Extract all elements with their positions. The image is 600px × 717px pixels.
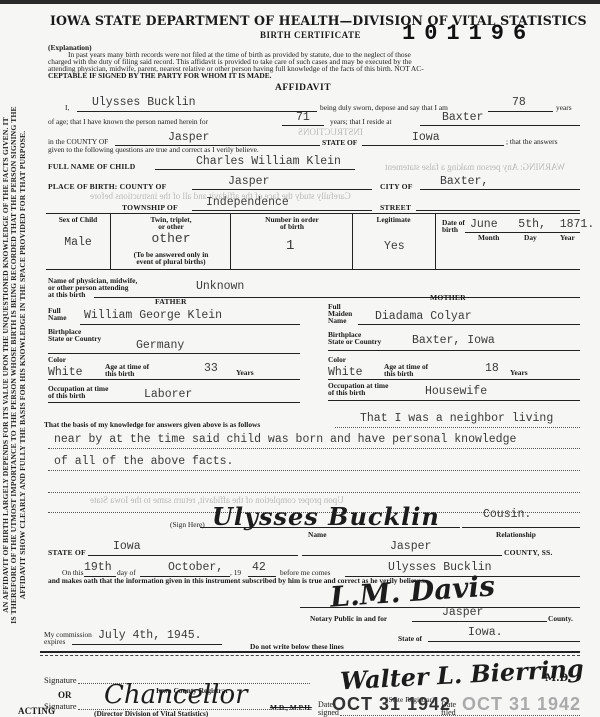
bleed-through-warning: WARNING: Any person making a false state… <box>385 162 565 172</box>
father-name-field[interactable]: William George Klein <box>84 309 222 322</box>
dob-label-2: birth <box>442 225 458 234</box>
answers-text: ; that the answers <box>506 138 558 146</box>
affiant-age-field[interactable]: 78 <box>512 96 526 109</box>
father-color-field[interactable]: White <box>48 366 83 379</box>
township-label: TOWNSHIP OF <box>122 203 178 212</box>
mother-age-label-2: this birth <box>384 369 413 378</box>
bleed-through-text: INSTRUCTIONS <box>298 127 363 137</box>
twin-header-2: or other <box>112 222 230 231</box>
mother-heading: MOTHER <box>430 293 466 302</box>
commission-expires-field[interactable]: July 4th, 1945. <box>98 629 202 642</box>
acting-label: ACTING <box>18 706 55 716</box>
commission-label-2: expires <box>44 637 65 646</box>
notary-county-field-2[interactable]: Jasper <box>442 606 483 619</box>
side-note-line-3: AFFIDAVIT SHOW CLEARLY AND FULLY THE BAS… <box>19 15 27 715</box>
affiant-signature[interactable]: Ulysses Bucklin <box>212 502 440 531</box>
father-birthplace-label-2: State or Country <box>48 334 101 343</box>
father-years-label: Years <box>236 368 254 377</box>
reside-text: years; that I reside at <box>330 118 392 126</box>
order-field[interactable]: 1 <box>286 238 294 254</box>
or-label: OR <box>58 690 72 700</box>
mother-years-label: Years <box>510 368 528 377</box>
director-md-label: M.D., M.P.H. <box>270 703 312 712</box>
street-label: STREET <box>380 203 411 212</box>
mother-occupation-label-2: of this birth <box>328 388 365 397</box>
date-filed-stamp: OCT 31 1942 <box>462 694 581 715</box>
twin-field[interactable]: other <box>112 231 230 246</box>
date-signed-stamp: OCT 31 1942 <box>332 694 451 715</box>
notary-county-word: County. <box>548 614 573 623</box>
notary-day-field[interactable]: 19th <box>84 561 112 574</box>
notary-state-label: STATE OF <box>48 548 86 557</box>
notary-month-field[interactable]: October, <box>168 561 223 574</box>
father-age-label-2: this birth <box>105 369 134 378</box>
child-name-label: FULL NAME OF CHILD <box>48 162 136 171</box>
years-label: years <box>556 104 572 112</box>
years-known-field[interactable]: 71 <box>296 111 310 124</box>
affiant-name-field[interactable]: Ulysses Bucklin <box>92 96 196 109</box>
notary-county-label: COUNTY, SS. <box>504 548 553 557</box>
legitimate-field[interactable]: Yes <box>384 240 405 253</box>
signature-name-label: Name <box>308 530 326 539</box>
affidavit-i-label: I, <box>65 103 69 112</box>
knowledge-line-3[interactable]: of all of the above facts. <box>54 455 233 468</box>
father-heading: FATHER <box>155 297 187 306</box>
dob-field[interactable]: June 5th, 1871. <box>470 218 594 231</box>
dob-day-label: Day <box>524 233 537 242</box>
knowledge-label: That the basis of my knowledge for answe… <box>44 420 260 429</box>
legit-header: Legitimate <box>352 215 435 224</box>
sworn-text: being duly sworn, depose and say that I … <box>320 104 448 112</box>
md-label: M.D. <box>545 673 571 684</box>
attendant-label-3: at this birth <box>48 290 85 299</box>
birth-county-field[interactable]: Jasper <box>228 175 269 188</box>
mother-name-label-3: Name <box>328 316 346 325</box>
state-label: STATE OF <box>322 138 357 147</box>
order-header-2: of birth <box>232 222 352 231</box>
document-subtitle: BIRTH CERTIFICATE <box>260 30 361 40</box>
birth-certificate-document: AN AFFIDAVIT OF BIRTH LARGELY DEPENDS FO… <box>0 0 600 717</box>
mother-age-field[interactable]: 18 <box>485 362 499 375</box>
father-age-field[interactable]: 33 <box>204 362 218 375</box>
notary-year-field[interactable]: 42 <box>252 561 266 574</box>
knowledge-line-2[interactable]: near by at the time said child was born … <box>54 433 516 446</box>
birth-city-label: CITY OF <box>380 182 413 191</box>
birth-city-field[interactable]: Baxter, <box>440 175 488 188</box>
father-occupation-field[interactable]: Laborer <box>144 388 192 401</box>
knowledge-line-1[interactable]: That I was a neighbor living <box>360 412 553 425</box>
township-field[interactable]: Independence <box>206 196 289 209</box>
side-note: AN AFFIDAVIT OF BIRTH LARGELY DEPENDS FO… <box>2 15 27 715</box>
state-of-label: State of <box>398 634 422 643</box>
twin-note-2: event of plural births) <box>112 257 230 266</box>
notary-public-label: Notary Public in and for <box>310 614 387 623</box>
dob-year-label: Year <box>560 233 575 242</box>
signature-label: Signature <box>44 676 77 684</box>
mother-birthplace-field[interactable]: Baxter, Iowa <box>412 334 495 347</box>
residence-field[interactable]: Baxter <box>442 111 483 124</box>
father-name-label-2: Name <box>48 313 66 322</box>
affidavit-heading: AFFIDAVIT <box>275 83 331 93</box>
state-field[interactable]: Iowa <box>412 131 440 144</box>
sex-field[interactable]: Male <box>48 236 108 249</box>
father-occupation-label-2: of this birth <box>48 391 85 400</box>
known-text: of age; that I have known the person nam… <box>48 118 208 126</box>
relationship-field[interactable]: Cousin. <box>483 508 531 521</box>
mother-color-field[interactable]: White <box>328 366 363 379</box>
father-color-label: Color <box>48 355 66 364</box>
director-signature[interactable]: Chancellor <box>104 680 248 710</box>
dob-month-label: Month <box>478 233 499 242</box>
explanation-line-4: CEPTABLE IF SIGNED BY THE PARTY FOR WHOM… <box>48 72 271 80</box>
mother-name-field[interactable]: Diadama Colyar <box>375 310 472 323</box>
do-not-write-label: Do not write below these lines <box>250 642 344 651</box>
certificate-number: 101196 <box>402 21 535 46</box>
birth-county-label: PLACE OF BIRTH: COUNTY OF <box>48 182 167 191</box>
notary-state-field[interactable]: Iowa <box>113 540 141 553</box>
given-text: given to the following questions are tru… <box>48 146 259 154</box>
mother-occupation-field[interactable]: Housewife <box>425 385 487 398</box>
child-name-field[interactable]: Charles William Klein <box>196 155 341 168</box>
relationship-label: Relationship <box>496 530 536 539</box>
state-of-field[interactable]: Iowa. <box>468 626 503 639</box>
director-label: (Director Division of Vital Statistics) <box>94 709 208 717</box>
scan-edge <box>0 0 600 4</box>
attendant-field[interactable]: Unknown <box>196 280 244 293</box>
mother-birthplace-label-2: State or Country <box>328 337 381 346</box>
mother-color-label: Color <box>328 355 346 364</box>
father-birthplace-field[interactable]: Germany <box>136 339 184 352</box>
county-field[interactable]: Jasper <box>168 131 209 144</box>
sex-header: Sex of Child <box>48 215 108 224</box>
notary-county-field[interactable]: Jasper <box>390 540 431 553</box>
